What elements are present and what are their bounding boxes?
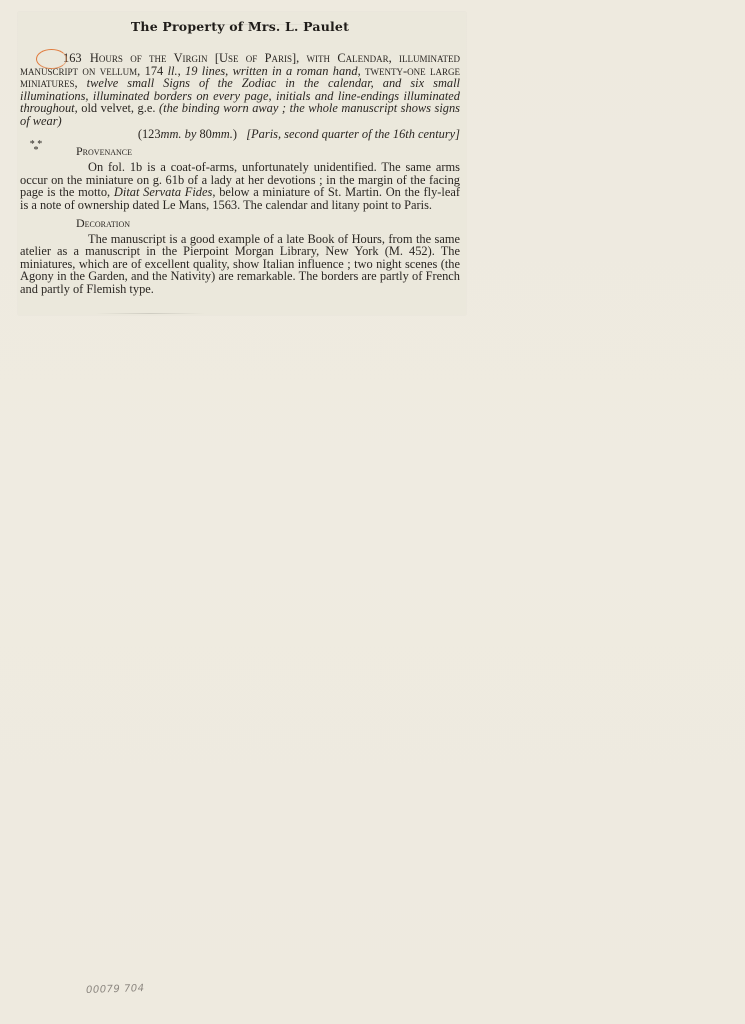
provenance-text: On fol. 1b is a coat-of-arms, unfortunat…	[20, 161, 460, 211]
decoration-text: The manuscript is a good example of a la…	[20, 233, 460, 296]
owner-header: The Property of Mrs. L. Paulet	[20, 19, 460, 34]
lot-number: 163	[41, 52, 83, 65]
binding-info: old velvet, g.e.	[81, 101, 155, 115]
asterism-icon: * **	[29, 142, 43, 154]
dimensions-line: (123mm. by 80mm.) [Paris, second quarter…	[20, 128, 460, 141]
origin-date: [Paris, second quarter of the 16th centu…	[246, 127, 460, 141]
provenance-heading: * ** Provenance	[20, 144, 460, 159]
lot-description: 163 Hours of the Virgin [Use of Paris], …	[20, 52, 460, 128]
clipping-bottom-edge	[95, 313, 205, 314]
catalogue-clipping: The Property of Mrs. L. Paulet 163 Hours…	[18, 12, 466, 315]
decoration-heading: Decoration	[20, 216, 460, 231]
lot-entry: 163 Hours of the Virgin [Use of Paris], …	[20, 52, 460, 296]
lot-number-circle-mark	[36, 49, 67, 69]
pencil-inventory-number: 00079 704	[86, 983, 145, 996]
